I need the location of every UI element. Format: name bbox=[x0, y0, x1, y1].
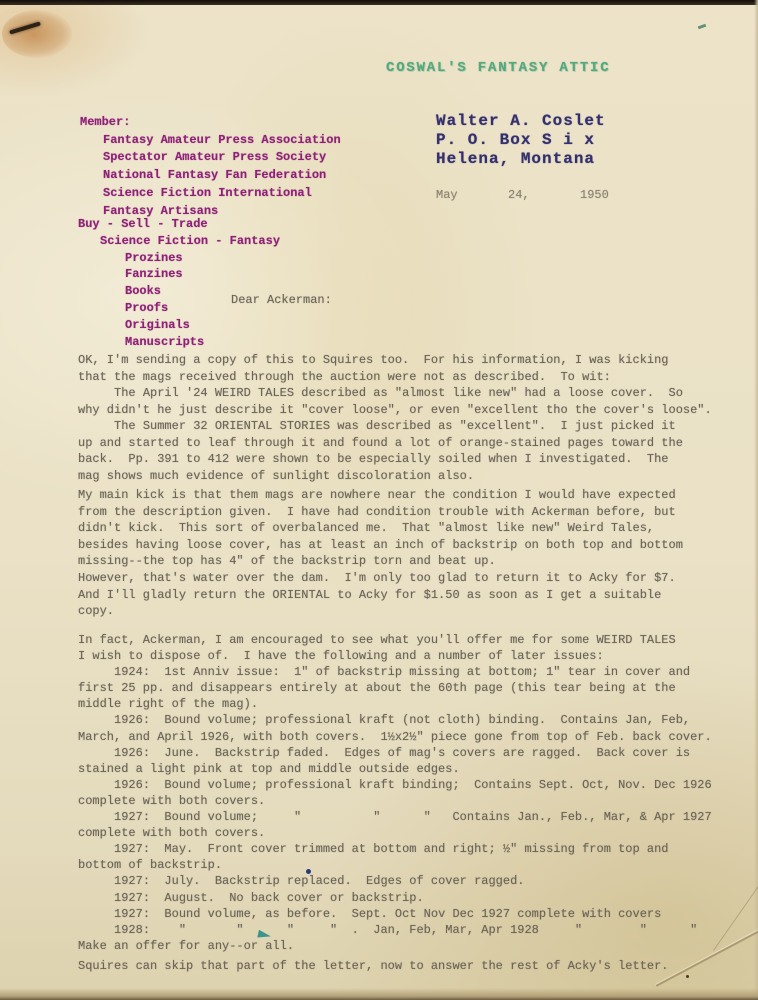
trade-item: Originals bbox=[125, 317, 280, 334]
body-paragraph-weird-tales-list: In fact, Ackerman, I am encouraged to se… bbox=[78, 632, 753, 954]
blue-ink-speck bbox=[306, 869, 311, 874]
member-item: Science Fiction International bbox=[103, 185, 341, 203]
body-paragraph-closing: Squires can skip that part of the letter… bbox=[78, 958, 753, 975]
scan-right-edge bbox=[754, 0, 758, 1000]
trade-block: Buy - Sell - Trade Science Fiction - Fan… bbox=[78, 216, 280, 350]
trade-item: Manuscripts bbox=[125, 334, 280, 351]
trade-item: Fanzines bbox=[125, 266, 280, 283]
trade-item: Prozines bbox=[125, 250, 280, 267]
letter-date: May 24, 1950 bbox=[436, 188, 609, 202]
sender-name: Walter A. Coslet bbox=[436, 112, 606, 131]
body-paragraph-1: OK, I'm sending a copy of this to Squire… bbox=[78, 352, 753, 484]
salutation: Dear Ackerman: bbox=[231, 293, 332, 307]
member-items: Fantasy Amateur Press Association Specta… bbox=[80, 132, 341, 221]
green-ink-speck bbox=[698, 24, 707, 30]
body-paragraph-2: My main kick is that them mags are nowhe… bbox=[78, 487, 753, 570]
scan-bottom-edge bbox=[0, 988, 758, 1000]
body-paragraph-3: However, that's water over the dam. I'm … bbox=[78, 570, 753, 620]
letterhead-title: COSWAL'S FANTASY ATTIC bbox=[386, 60, 610, 76]
member-item: Spectator Amateur Press Society bbox=[103, 149, 341, 167]
member-label: Member: bbox=[80, 114, 341, 132]
member-item: Fantasy Amateur Press Association bbox=[103, 132, 341, 150]
scanned-letter-page: COSWAL'S FANTASY ATTIC Member: Fantasy A… bbox=[0, 0, 758, 1000]
dark-ink-speck bbox=[686, 975, 689, 978]
sender-po-box: P. O. Box S i x bbox=[436, 131, 606, 150]
rust-stain bbox=[2, 10, 72, 58]
sender-city-state: Helena, Montana bbox=[436, 150, 606, 169]
member-block: Member: Fantasy Amateur Press Associatio… bbox=[80, 114, 341, 220]
sender-address: Walter A. Coslet P. O. Box S i x Helena,… bbox=[436, 112, 606, 169]
trade-heading: Buy - Sell - Trade bbox=[78, 216, 280, 233]
trade-subheading: Science Fiction - Fantasy bbox=[78, 233, 280, 250]
scan-top-edge bbox=[0, 0, 758, 5]
member-item: National Fantasy Fan Federation bbox=[103, 167, 341, 185]
